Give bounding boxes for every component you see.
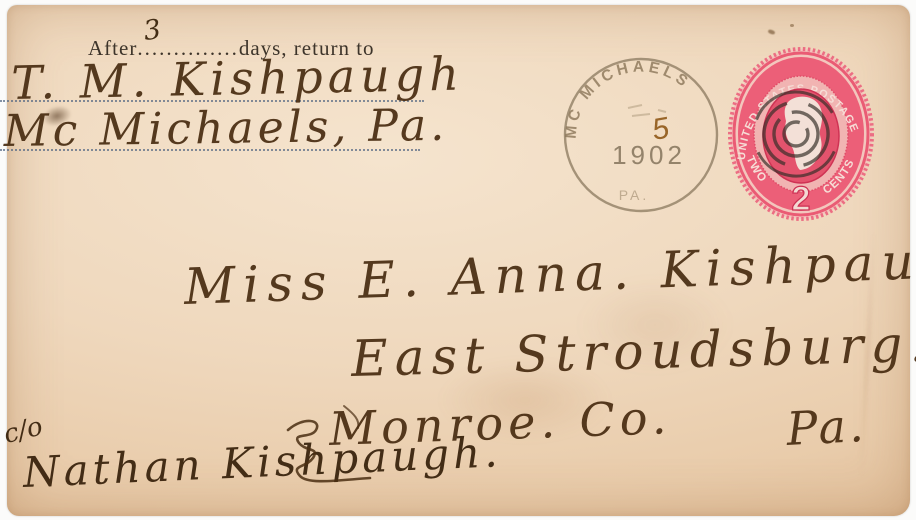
- postmark: MC MICHAELS 5 1902 PA.: [562, 56, 720, 214]
- stamp-denomination: 2: [792, 180, 811, 218]
- envelope-scan: After..............days, return to 3 T. …: [0, 0, 916, 520]
- return-address-line2: Mc Michaels, Pa.: [3, 100, 448, 157]
- address-state: Pa.: [785, 398, 868, 456]
- postmark-town: MC MICHAELS: [563, 59, 694, 140]
- postmark-state: PA.: [619, 187, 650, 203]
- postage-stamp: UNITED STATES POSTAGE TWO CENTS 2: [722, 42, 882, 227]
- postmark-year: 1902: [612, 140, 686, 170]
